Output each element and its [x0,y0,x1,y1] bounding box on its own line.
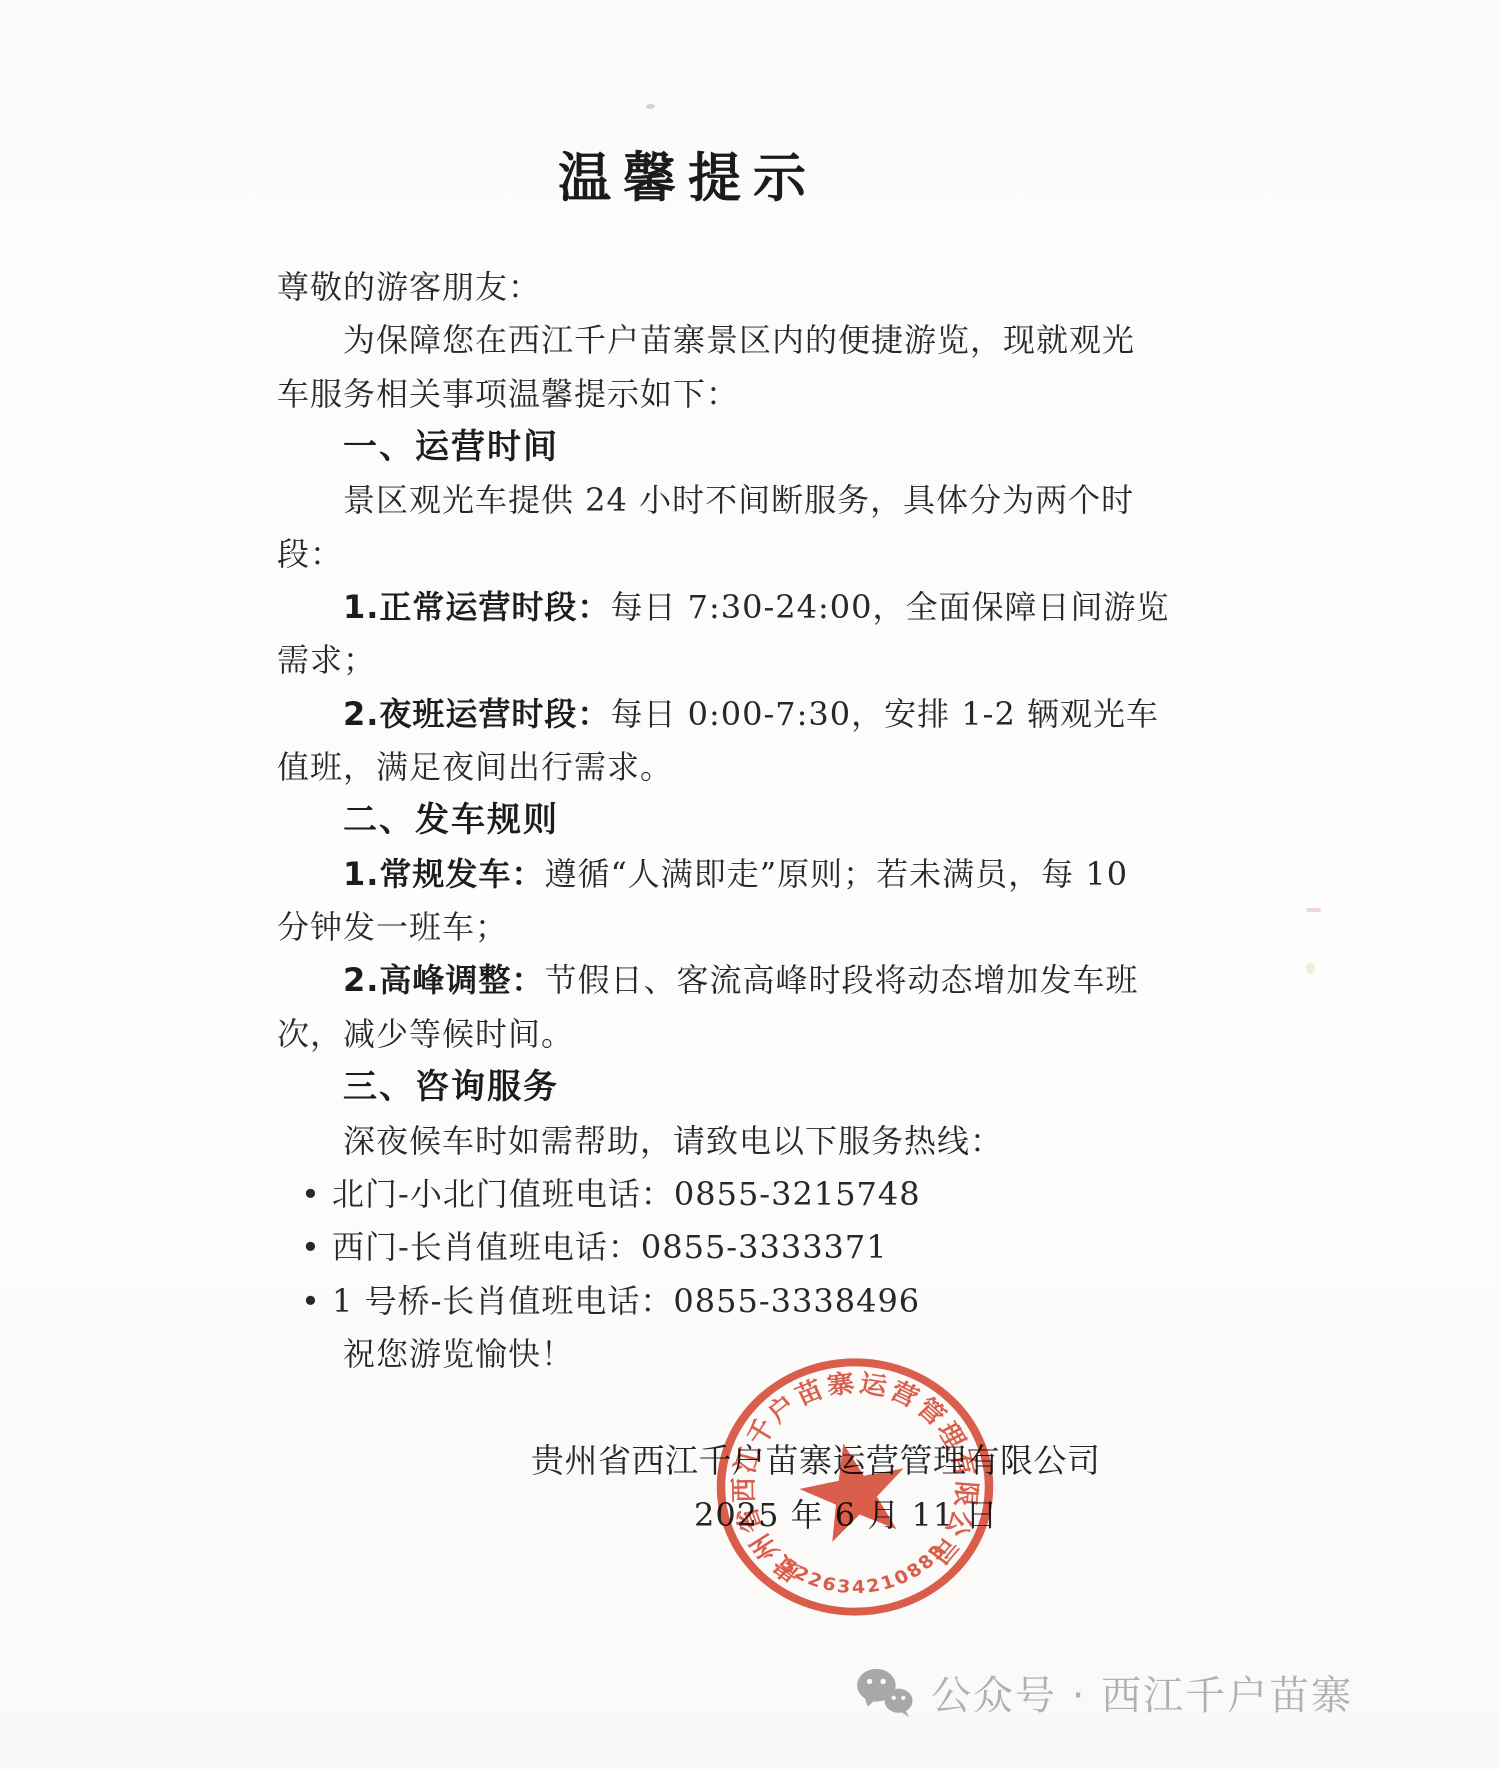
doc-line: • 北门-小北门值班电话：0855-3215748 [277,1168,1177,1221]
doc-line-text: 深夜候车时如需帮助，请致电以下服务热线： [343,1122,1003,1160]
doc-line-lead: 1.正常运营时段： [343,588,610,626]
doc-line: 二、发车规则 [277,794,1177,847]
doc-line-text: 尊敬的游客朋友： [277,268,541,306]
page-title: 温馨提示 [0,136,1376,212]
doc-line: 2.高峰调整：节假日、客流高峰时段将动态增加发车班 [277,954,1177,1007]
doc-line: • 1 号桥-长肖值班电话：0855-3338496 [277,1275,1177,1328]
doc-line-text: • 北门-小北门值班电话：0855-3215748 [301,1175,921,1213]
doc-line-lead: 2.夜班运营时段： [343,695,610,733]
doc-line: 景区观光车提供 24 小时不间断服务，具体分为两个时 [277,474,1177,527]
doc-line: 一、运营时间 [277,421,1177,474]
doc-line: 值班，满足夜间出行需求。 [277,741,1177,794]
scan-smudge [1306,963,1315,974]
doc-line-text: 节假日、客流高峰时段将动态增加发车班 [544,961,1138,999]
star-icon [791,1433,916,1546]
doc-line-text: 一、运营时间 [343,427,559,467]
doc-line-text: 车服务相关事项温馨提示如下： [277,375,739,413]
doc-body: 尊敬的游客朋友：为保障您在西江千户苗寨景区内的便捷游览，现就观光车服务相关事项温… [277,261,1177,1381]
doc-line-text: 为保障您在西江千户苗寨景区内的便捷游览，现就观光 [343,321,1135,359]
doc-line-lead: 1.常规发车： [343,855,544,893]
doc-line-lead: 2.高峰调整： [343,961,544,999]
doc-line-text: 分钟发一班车； [277,908,508,946]
doc-line-text: 段： [277,535,343,573]
scan-smudge [1306,908,1321,912]
official-seal: 贵州省西江千户苗寨运营管理有限公司 5226342108838 [700,1342,1010,1632]
doc-line-text: 每日 0:00-7:30，安排 1-2 辆观光车 [610,695,1159,733]
doc-line-text: 三、咨询服务 [343,1067,559,1107]
doc-line-text: 景区观光车提供 24 小时不间断服务，具体分为两个时 [343,481,1134,519]
doc-line-text: • 西门-长肖值班电话：0855-3333371 [301,1228,888,1266]
doc-line-text: 每日 7:30-24:00，全面保障日间游览 [610,588,1169,626]
wechat-icon [855,1666,917,1720]
doc-line-text: 二、发车规则 [343,800,559,840]
doc-line-text: 值班，满足夜间出行需求。 [277,748,673,786]
doc-line-text: 遵循“人满即走”原则；若未满员，每 10 [544,855,1128,893]
scanned-notice-page: 温馨提示 尊敬的游客朋友：为保障您在西江千户苗寨景区内的便捷游览，现就观光车服务… [0,0,1500,1769]
doc-line: 次，减少等候时间。 [277,1008,1177,1061]
doc-line: 深夜候车时如需帮助，请致电以下服务热线： [277,1115,1177,1168]
doc-line-text: 需求； [277,641,376,679]
doc-line: • 西门-长肖值班电话：0855-3333371 [277,1221,1177,1274]
doc-line: 需求； [277,634,1177,687]
doc-line: 1.正常运营时段：每日 7:30-24:00，全面保障日间游览 [277,581,1177,634]
scan-speck [646,104,655,109]
watermark: 公众号 · 西江千户苗寨 [855,1664,1353,1721]
doc-line: 为保障您在西江千户苗寨景区内的便捷游览，现就观光 [277,314,1177,367]
doc-line: 三、咨询服务 [277,1061,1177,1114]
doc-line-text: 次，减少等候时间。 [277,1015,574,1053]
doc-line-text: • 1 号桥-长肖值班电话：0855-3338496 [301,1282,920,1320]
doc-line: 分钟发一班车； [277,901,1177,954]
doc-line: 车服务相关事项温馨提示如下： [277,368,1177,421]
doc-line: 2.夜班运营时段：每日 0:00-7:30，安排 1-2 辆观光车 [277,688,1177,741]
doc-line: 1.常规发车：遵循“人满即走”原则；若未满员，每 10 [277,848,1177,901]
doc-line: 段： [277,528,1177,581]
doc-line: 尊敬的游客朋友： [277,261,1177,314]
watermark-label: 公众号 · 西江千户苗寨 [931,1664,1353,1721]
doc-line-text: 祝您游览愉快！ [343,1335,574,1373]
